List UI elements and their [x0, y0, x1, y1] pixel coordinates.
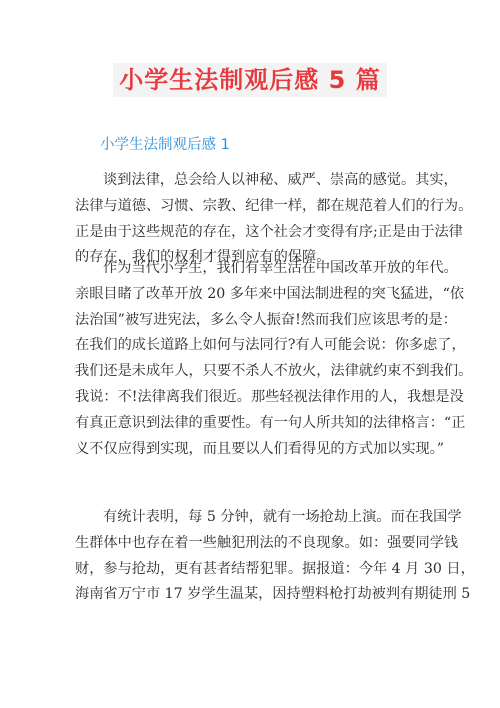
paragraph-line: 我们还是未成年人，只要不杀人不放火，法律就约束不到我们。 — [75, 359, 430, 385]
title-container: 小学生法制观后感 5 篇 — [0, 63, 500, 97]
paragraph-3: 有统计表明，每 5 分钟，就有一场抢劫上演。而在我国学 生群体中也存在着一些触犯… — [75, 505, 430, 608]
paragraph-line: 正是由于这些规范的存在，这个社会才变得有序;正是由于法律 — [75, 220, 430, 246]
paragraph-2: 作为当代小学生，我们有幸生活在中国改革开放的年代。 亲眼目睹了改革开放 20 多… — [75, 256, 430, 462]
paragraph-line: 法律与道德、习惯、宗教、纪律一样，都在规范着人们的行为。 — [75, 194, 430, 220]
paragraph-line: 我说：不!法律离我们很近。那些轻视法律作用的人，我想是没 — [75, 385, 430, 411]
paragraph-line: 海南省万宁市 17 岁学生温某，因持塑料枪打劫被判有期徒刑 5 — [75, 582, 430, 608]
paragraph-line: 有统计表明，每 5 分钟，就有一场抢劫上演。而在我国学 — [75, 505, 430, 531]
page-title: 小学生法制观后感 5 篇 — [113, 63, 386, 97]
paragraph-line: 生群体中也存在着一些触犯刑法的不良现象。如：强要同学钱 — [75, 531, 430, 557]
paragraph-line: 法治国”被写进宪法，多么令人振奋!然而我们应该思考的是： — [75, 308, 430, 334]
paragraph-line: 在我们的成长道路上如何与法同行?有人可能会说：你多虑了， — [75, 333, 430, 359]
paragraph-line: 义不仅应得到实现，而且要以人们看得见的方式加以实现。” — [75, 437, 430, 463]
section-heading: 小学生法制观后感 1 — [100, 136, 230, 154]
paragraph-line: 谈到法律，总会给人以神秘、威严、崇高的感觉。其实， — [75, 168, 430, 194]
paragraph-line: 财，参与抢劫，更有甚者结帮犯罪。据报道：今年 4 月 30 日， — [75, 557, 430, 583]
paragraph-line: 有真正意识到法律的重要性。有一句人所共知的法律格言：“正 — [75, 411, 430, 437]
paragraph-line: 亲眼目睹了改革开放 20 多年来中国法制进程的突飞猛进，“依 — [75, 282, 430, 308]
paragraph-line: 作为当代小学生，我们有幸生活在中国改革开放的年代。 — [75, 256, 430, 282]
